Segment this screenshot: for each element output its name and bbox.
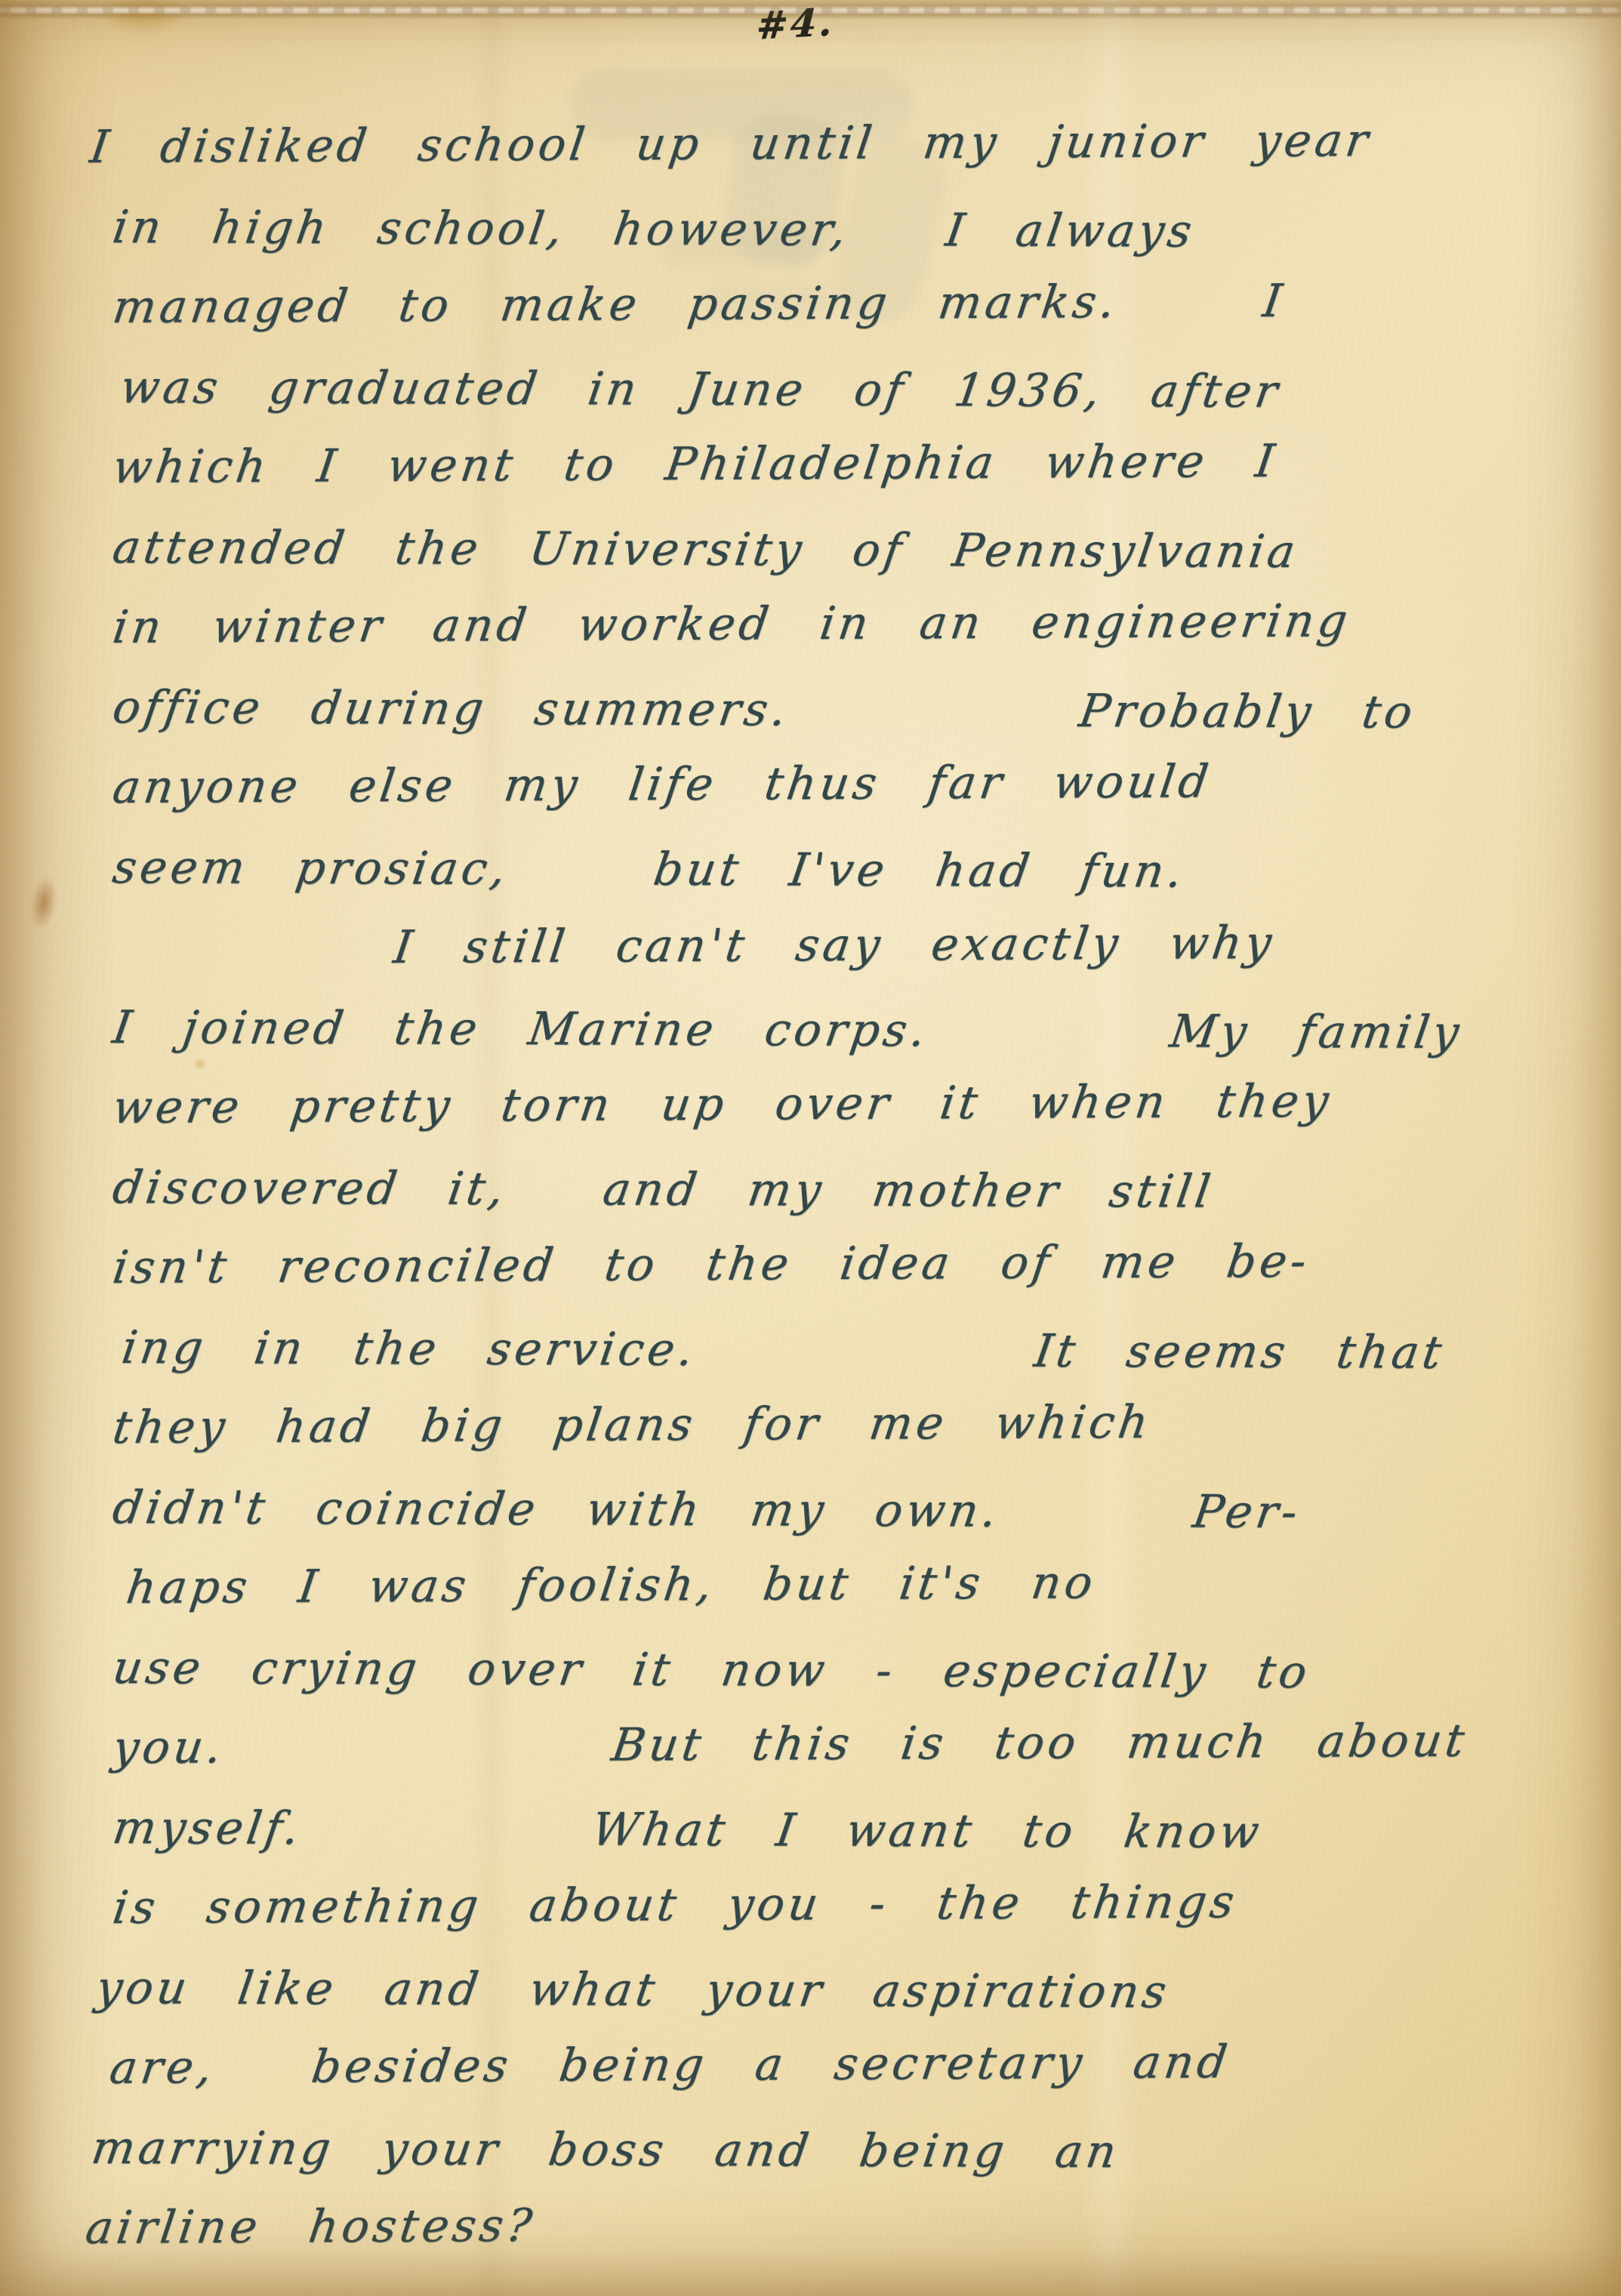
stain-top-left (79, 0, 208, 41)
letter-line: isn't reconciled to the idea of me be- (108, 1220, 1592, 1308)
page-number: #4. (756, 0, 836, 48)
letter-line: in winter and worked in an engineering (108, 580, 1592, 667)
letter-line: managed to make passing marks. I (108, 260, 1592, 347)
letter-line: are, besides being a secretary and (105, 2020, 1592, 2108)
letter-line: seem prosiac, but I've had fun. (107, 827, 1590, 913)
stain-left-edge (22, 864, 66, 942)
letter-line: were pretty torn up over it when they (108, 1060, 1592, 1148)
letter-line: I disliked school up until my junior yea… (85, 100, 1592, 187)
letter-line: you. But this is too much about (108, 1700, 1592, 1788)
letter-line: airline hostess? (81, 2180, 1592, 2268)
letter-line: they had big plans for me which (108, 1380, 1592, 1468)
letter-line: is something about you - the things (108, 1860, 1592, 1948)
letter-line: haps I was foolish, but it's no (122, 1540, 1592, 1628)
letter-page: #4. I disliked school up until my junior… (0, 0, 1621, 2296)
letter-body: I disliked school up until my junior yea… (113, 107, 1586, 2268)
letter-line: anyone else my life thus far would (108, 740, 1592, 827)
letter-line: which I went to Philadelphia where I (108, 420, 1592, 507)
letter-line: I still can't say exactly why (389, 901, 1592, 988)
